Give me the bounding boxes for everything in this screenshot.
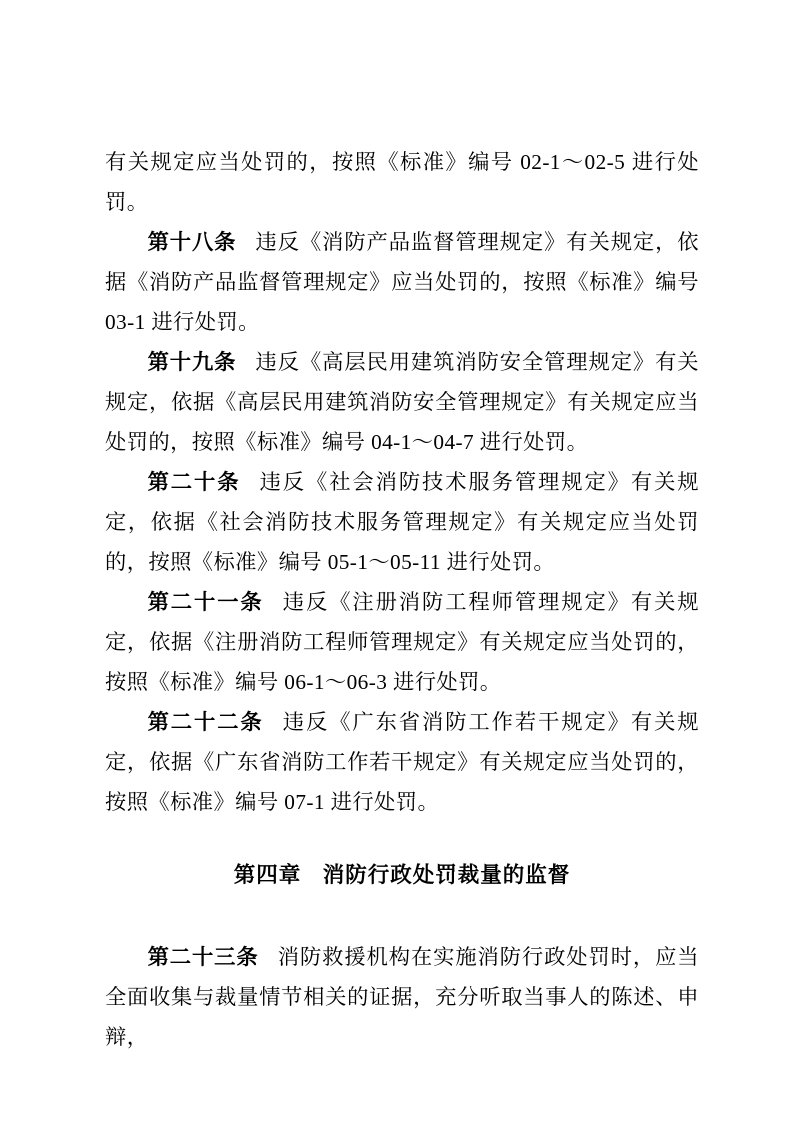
article-paragraph-23: 第二十三条消防救援机构在实施消防行政处罚时，应当全面收集与裁量情节相关的证据，充… [105,937,699,1057]
article-number: 第二十三条 [148,945,259,969]
article-paragraph-20: 第二十条违反《社会消防技术服务管理规定》有关规定，依据《社会消防技术服务管理规定… [105,462,699,582]
article-paragraph-19: 第十九条违反《高层民用建筑消防安全管理规定》有关规定，依据《高层民用建筑消防安全… [105,342,699,462]
document-body: 有关规定应当处罚的，按照《标准》编号 02-1～02-5 进行处罚。 第十八条违… [105,142,699,1057]
article-paragraph-18: 第十八条违反《消防产品监督管理规定》有关规定，依据《消防产品监督管理规定》应当处… [105,222,699,342]
continuation-paragraph: 有关规定应当处罚的，按照《标准》编号 02-1～02-5 进行处罚。 [105,142,699,222]
article-number: 第二十条 [148,470,241,494]
article-paragraph-21: 第二十一条违反《注册消防工程师管理规定》有关规定，依据《注册消防工程师管理规定》… [105,582,699,702]
article-paragraph-22: 第二十二条违反《广东省消防工作若干规定》有关规定，依据《广东省消防工作若干规定》… [105,702,699,822]
article-number: 第二十二条 [148,710,264,734]
chapter-title: 消防行政处罚裁量的监督 [323,863,571,887]
article-number: 第二十一条 [148,590,264,614]
article-number: 第十九条 [148,350,237,374]
document-page: 有关规定应当处罚的，按照《标准》编号 02-1～02-5 进行处罚。 第十八条违… [0,0,794,1123]
chapter-label: 第四章 [234,863,302,887]
article-number: 第十八条 [148,230,237,254]
chapter-heading: 第四章消防行政处罚裁量的监督 [105,855,699,895]
